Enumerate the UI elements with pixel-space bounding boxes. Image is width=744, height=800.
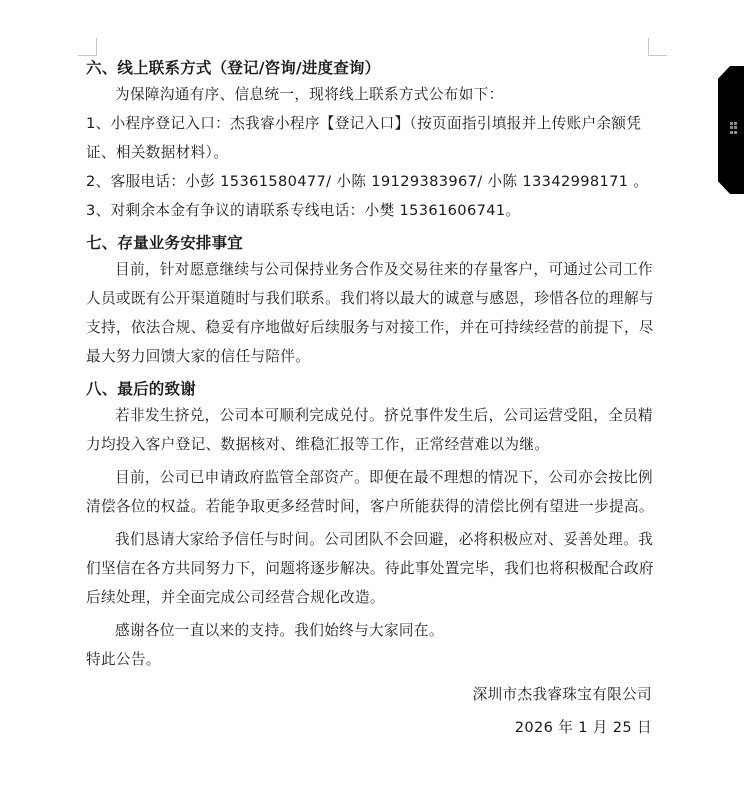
list-item-miniprogram: 1、小程序登记入口：杰我睿小程序【登记入口】（按页面指引填报并上传账户余额凭证、…: [86, 109, 656, 167]
signature-date: 2026 年 1 月 25 日: [96, 713, 656, 742]
grip-dots-icon[interactable]: [730, 122, 737, 134]
paragraph: 我们恳请大家给予信任与时间。公司团队不会回避，必将积极应对、妥善处理。我们坚信在…: [86, 525, 656, 612]
list-item-hotline: 2、客服电话：小彭 15361580477/ 小陈 19129383967/ 小…: [86, 167, 656, 196]
section-heading: 七、存量业务安排事宜: [86, 231, 656, 255]
paragraph: 目前，公司已申请政府监管全部资产。即便在最不理想的情况下，公司亦会按比例清偿各位…: [86, 463, 656, 521]
section-heading: 八、最后的致谢: [86, 377, 656, 401]
closing-statement: 特此公告。: [86, 645, 656, 674]
signature-block: 深圳市杰我睿珠宝有限公司 2026 年 1 月 25 日: [96, 680, 656, 742]
paragraph: 为保障沟通有序、信息统一，现将线上联系方式公布如下：: [86, 80, 656, 109]
paragraph: 感谢各位一直以来的支持。我们始终与大家同在。: [86, 616, 656, 645]
company-name: 深圳市杰我睿珠宝有限公司: [96, 680, 656, 709]
list-item-dispute-line: 3、对剩余本金有争议的请联系专线电话：小樊 15361606741。: [86, 196, 656, 225]
page-corner-mark-top-right: [648, 38, 667, 56]
section-acknowledgement: 八、最后的致谢 若非发生挤兑，公司本可顺利完成兑付。挤兑事件发生后，公司运营受阻…: [96, 377, 656, 674]
section-existing-business: 七、存量业务安排事宜 目前，针对愿意继续与公司保持业务合作及交易往来的存量客户，…: [96, 231, 656, 371]
section-contact: 六、线上联系方式（登记/咨询/进度查询） 为保障沟通有序、信息统一，现将线上联系…: [96, 56, 656, 225]
section-heading: 六、线上联系方式（登记/咨询/进度查询）: [86, 56, 656, 80]
paragraph: 若非发生挤兑，公司本可顺利完成兑付。挤兑事件发生后，公司运营受阻，全员精力均投入…: [86, 401, 656, 459]
paragraph: 目前，针对愿意继续与公司保持业务合作及交易往来的存量客户，可通过公司工作人员或既…: [86, 255, 656, 371]
document-page: 六、线上联系方式（登记/咨询/进度查询） 为保障沟通有序、信息统一，现将线上联系…: [0, 0, 744, 800]
document-body: 六、线上联系方式（登记/咨询/进度查询） 为保障沟通有序、信息统一，现将线上联系…: [96, 56, 656, 742]
page-corner-mark-top-left: [78, 38, 97, 56]
